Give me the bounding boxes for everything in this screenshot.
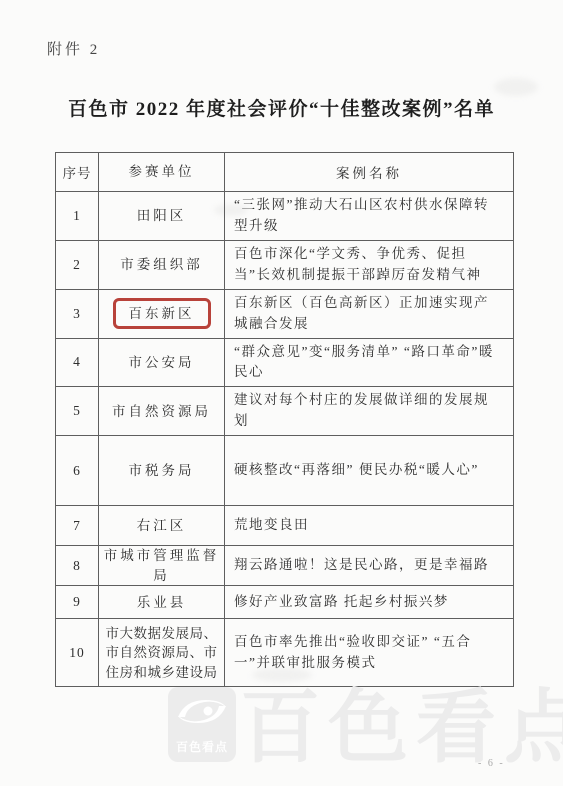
row-no: 6 [56, 436, 99, 506]
table-row-highlighted: 3 百东新区 百东新区（百色高新区）正加速实现产城融合发展 [56, 289, 514, 338]
row-case: 翔云路通啦！这是民心路，更是幸福路 [225, 546, 514, 586]
watermark-logo-label: 百色看点 [176, 738, 228, 755]
row-unit: 田阳区 [99, 192, 225, 241]
table-row: 2 市委组织部 百色市深化“学文秀、争优秀、促担当”长效机制提振干部踔厉奋发精气… [56, 240, 514, 289]
header-unit: 参赛单位 [99, 153, 225, 192]
row-case: 硬核整改“再落细” 便民办税“暖人心” [225, 436, 514, 506]
row-no: 9 [56, 586, 99, 619]
row-no: 1 [56, 192, 99, 241]
header-no: 序号 [56, 153, 99, 192]
table-row: 5 市自然资源局 建议对每个村庄的发展做详细的发展规划 [56, 387, 514, 436]
swirl-logo-icon [176, 696, 228, 728]
table-row: 9 乐业县 修好产业致富路 托起乡村振兴梦 [56, 586, 514, 619]
row-unit: 市城市管理监督局 [99, 546, 225, 586]
table-row: 6 市税务局 硬核整改“再落细” 便民办税“暖人心” [56, 436, 514, 506]
row-unit: 市税务局 [99, 436, 225, 506]
highlight-red-box: 百东新区 [113, 298, 211, 330]
row-unit: 市公安局 [99, 338, 225, 387]
row-unit: 乐业县 [99, 586, 225, 619]
row-no: 2 [56, 240, 99, 289]
watermark-logo-badge: 百色看点 [168, 687, 236, 762]
row-case: 荒地变良田 [225, 506, 514, 546]
table-header-row: 序号 参赛单位 案例名称 [56, 153, 514, 192]
table-row: 1 田阳区 “三张网”推动大石山区农村供水保障转型升级 [56, 192, 514, 241]
document-page: 附件 2 百色市 2022 年度社会评价“十佳整改案例”名单 序号 参赛单位 案… [0, 0, 563, 786]
row-no: 4 [56, 338, 99, 387]
row-no: 8 [56, 546, 99, 586]
row-case: 建议对每个村庄的发展做详细的发展规划 [225, 387, 514, 436]
row-unit: 市委组织部 [99, 240, 225, 289]
row-unit: 右江区 [99, 506, 225, 546]
row-no: 7 [56, 506, 99, 546]
table-row: 8 市城市管理监督局 翔云路通啦！这是民心路，更是幸福路 [56, 546, 514, 586]
header-case: 案例名称 [225, 153, 514, 192]
row-unit-label: 百东新区 [129, 306, 195, 321]
attachment-label: 附件 2 [47, 38, 100, 59]
row-no: 3 [56, 289, 99, 338]
row-no: 10 [56, 619, 99, 687]
row-case: “三张网”推动大石山区农村供水保障转型升级 [225, 192, 514, 241]
row-unit: 市大数据发展局、市自然资源局、市住房和城乡建设局 [99, 619, 225, 687]
row-no: 5 [56, 387, 99, 436]
table-row: 4 市公安局 “群众意见”变“服务清单” “路口革命”暖民心 [56, 338, 514, 387]
row-case: 百东新区（百色高新区）正加速实现产城融合发展 [225, 289, 514, 338]
watermark-text: 百色看点 [240, 682, 563, 774]
page-title: 百色市 2022 年度社会评价“十佳整改案例”名单 [0, 94, 563, 121]
row-case: 百色市率先推出“验收即交证” “五合一”并联审批服务模式 [225, 619, 514, 687]
table-row: 10 市大数据发展局、市自然资源局、市住房和城乡建设局 百色市率先推出“验收即交… [56, 619, 514, 687]
table-row: 7 右江区 荒地变良田 [56, 506, 514, 546]
row-case: 修好产业致富路 托起乡村振兴梦 [225, 586, 514, 619]
cases-table: 序号 参赛单位 案例名称 1 田阳区 “三张网”推动大石山区农村供水保障转型升级… [55, 152, 514, 687]
row-case: 百色市深化“学文秀、争优秀、促担当”长效机制提振干部踔厉奋发精气神 [225, 240, 514, 289]
page-number: - 6 - [478, 758, 505, 769]
row-case: “群众意见”变“服务清单” “路口革命”暖民心 [225, 338, 514, 387]
row-unit: 市自然资源局 [99, 387, 225, 436]
row-unit: 百东新区 [99, 289, 225, 338]
